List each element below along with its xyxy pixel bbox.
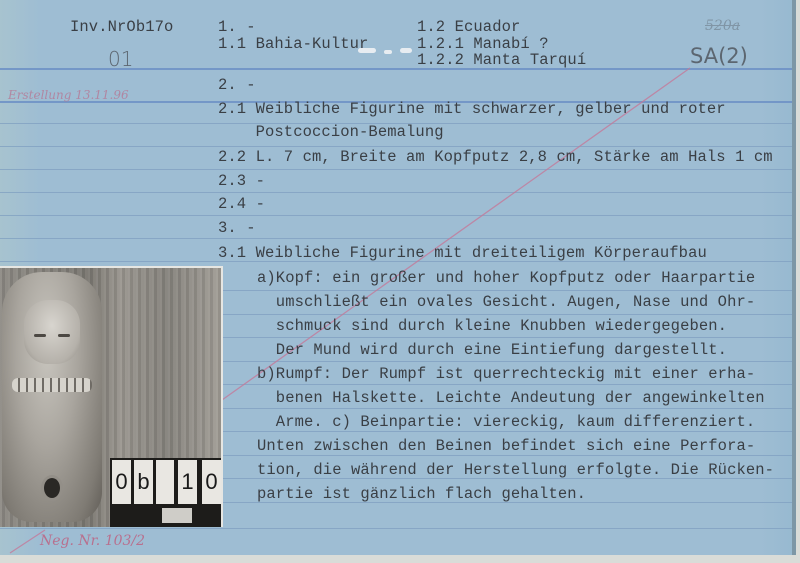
paper-damage bbox=[400, 48, 412, 53]
scale-label-char: b bbox=[134, 460, 153, 504]
ruling-line bbox=[0, 528, 796, 529]
ruling-line bbox=[0, 238, 796, 239]
classification-code: SA(2) bbox=[690, 44, 748, 68]
figurine-face bbox=[24, 300, 80, 364]
line-2-3: 2.3 - bbox=[218, 172, 265, 190]
scale-segment bbox=[162, 508, 192, 523]
line-3-1-b2: benen Halskette. Leichte Andeutung der a… bbox=[257, 389, 765, 407]
figurine-photo: 0 b 1 7 0 bbox=[0, 266, 223, 527]
figurine-eye bbox=[58, 334, 70, 337]
figurine-necklace bbox=[12, 378, 92, 392]
figurine-perforation bbox=[44, 478, 60, 498]
scale-label-char: 1 bbox=[178, 460, 197, 504]
line-3-1-b3: Arme. c) Beinpartie: viereckig, kaum dif… bbox=[257, 413, 755, 431]
line-3-1-a3: schmuck sind durch kleine Knubben wieder… bbox=[257, 317, 727, 335]
inventory-number: Inv.NrOb17o bbox=[70, 18, 173, 36]
ruling-line bbox=[0, 146, 796, 147]
figurine-eye bbox=[34, 334, 46, 337]
struck-number: 520a bbox=[705, 18, 740, 34]
line-2-4: 2.4 - bbox=[218, 195, 265, 213]
ruling-line bbox=[0, 215, 796, 216]
scale-blank bbox=[156, 460, 174, 504]
handwritten-date-note: Erstellung 13.11.96 bbox=[8, 88, 129, 102]
line-3: 3. - bbox=[218, 219, 256, 237]
line-1: 1. - bbox=[218, 18, 256, 36]
line-3-1-c2: tion, die während der Herstellung erfolg… bbox=[257, 461, 774, 479]
line-2-2: 2.2 L. 7 cm, Breite am Kopfputz 2,8 cm, … bbox=[218, 148, 773, 166]
line-3-1-a1: a)Kopf: ein großer und hoher Kopfputz od… bbox=[257, 269, 755, 287]
paper-damage bbox=[384, 50, 392, 54]
line-3-1-a4: Der Mund wird durch eine Eintiefung darg… bbox=[257, 341, 727, 359]
negative-number: Neg. Nr. 103/2 bbox=[40, 533, 145, 549]
line-2-1: 2.1 Weibliche Figurine mit schwarzer, ge… bbox=[218, 100, 726, 118]
scale-bar: 0 b 1 7 0 bbox=[110, 458, 221, 527]
line-1-2: 1.2 Ecuador bbox=[417, 18, 520, 36]
line-3-1-c3: partie ist gänzlich flach gehalten. bbox=[257, 485, 586, 503]
ruling-line bbox=[0, 192, 796, 193]
line-1-2-2: 1.2.2 Manta Tarquí bbox=[417, 51, 586, 69]
line-1-1: 1.1 Bahia-Kultur bbox=[218, 35, 368, 53]
figurine-image bbox=[2, 272, 102, 522]
scale-label-char: 0 bbox=[202, 460, 221, 504]
line-2: 2. - bbox=[218, 76, 256, 94]
line-3-1-c1: Unten zwischen den Beinen befindet sich … bbox=[257, 437, 755, 455]
catalog-card: Inv.NrOb17o 01 Erstellung 13.11.96 520a … bbox=[0, 0, 796, 555]
scale-label-char: 0 bbox=[112, 460, 131, 504]
line-3-1-a2: umschließt ein ovales Gesicht. Augen, Na… bbox=[257, 293, 755, 311]
line-2-1-cont: Postcoccion-Bemalung bbox=[218, 123, 444, 141]
line-3-1-b1: b)Rumpf: Der Rumpf ist querrechteckig mi… bbox=[257, 365, 755, 383]
ruling-line bbox=[0, 169, 796, 170]
line-3-1: 3.1 Weibliche Figurine mit dreiteiligem … bbox=[218, 244, 707, 262]
handwritten-sub-number: 01 bbox=[108, 47, 133, 71]
paper-damage bbox=[358, 48, 376, 53]
